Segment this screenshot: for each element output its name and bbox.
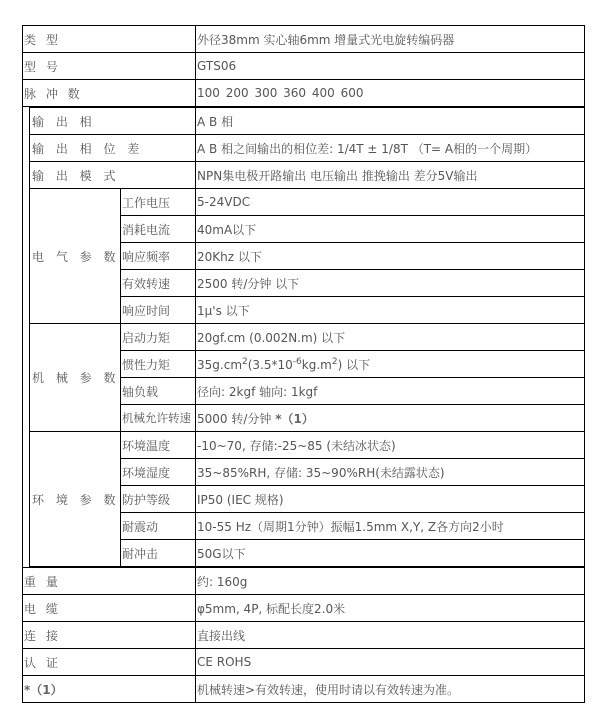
row-value: NPN集电极开路输出 电压输出 推挽输出 差分5V输出 — [196, 162, 585, 189]
row-label: 防护等级 — [121, 486, 196, 513]
row-value: 20gf.cm (0.002N.m) 以下 — [196, 324, 585, 351]
value-part: 35g.cm — [197, 358, 242, 372]
row-value: 20Khz 以下 — [196, 243, 585, 270]
table-row-cable: 电 缆 φ5mm, 4P, 标配长度2.0米 — [23, 595, 585, 622]
table-row-weight: 重 量 约: 160g — [23, 568, 585, 595]
row-value: -10~70, 存储:-25~85 (未结冰状态) — [196, 432, 585, 459]
row-value: CE ROHS — [196, 649, 585, 676]
row-value: 外径38mm 实心轴6mm 增量式光电旋转编码器 — [196, 26, 585, 53]
footnote-text: 机械转速>有效转速，使用时请以有效转速为准。 — [196, 676, 585, 703]
row-label: 消耗电流 — [121, 216, 196, 243]
value-part: ) 以下 — [338, 358, 371, 372]
row-label: 认 证 — [23, 649, 196, 676]
superscript: -6 — [293, 357, 302, 367]
row-value: 40mA以下 — [196, 216, 585, 243]
table-row-output-phase: 输 出 相 A B 相 — [30, 108, 585, 135]
row-value: A B 相之间输出的相位差: 1/4T ± 1/8T （T= A相的一个周期） — [196, 135, 585, 162]
row-label: 耐震动 — [121, 513, 196, 540]
row-label: 响应时间 — [121, 297, 196, 324]
row-value: 约: 160g — [196, 568, 585, 595]
row-label: 连 接 — [23, 622, 196, 649]
table-row-connection: 连 接 直接出线 — [23, 622, 585, 649]
row-label: 脉 冲 数 — [23, 80, 196, 107]
spec-table: 类 型 外径38mm 实心轴6mm 增量式光电旋转编码器 型 号 GTS06 脉… — [22, 25, 585, 703]
row-label: 启动力矩 — [121, 324, 196, 351]
row-label: 类 型 — [23, 26, 196, 53]
row-label: 响应频率 — [121, 243, 196, 270]
row-value: 径向: 2kgf 轴向: 1kgf — [196, 378, 585, 405]
table-row-environment: 环 境 参 数 环境温度 -10~70, 存储:-25~85 (未结冰状态) — [30, 432, 585, 459]
row-value: 10-55 Hz（周期1分钟）振幅1.5mm X,Y, Z各方向2小时 — [196, 513, 585, 540]
table-row-model: 型 号 GTS06 — [23, 53, 585, 80]
table-row-type: 类 型 外径38mm 实心轴6mm 增量式光电旋转编码器 — [23, 26, 585, 53]
table-row-electrical: 电 气 参 数 工作电压 5-24VDC — [30, 189, 585, 216]
row-label: 输 出 相 — [30, 108, 196, 135]
row-value: 50G以下 — [196, 540, 585, 567]
row-label: 环境温度 — [121, 432, 196, 459]
row-value: 1μ's 以下 — [196, 297, 585, 324]
table-row-mechanical: 机 械 参 数 启动力矩 20gf.cm (0.002N.m) 以下 — [30, 324, 585, 351]
value-part: kg.m — [302, 358, 332, 372]
row-label: 轴负载 — [121, 378, 196, 405]
row-label: 输 出 相 位 差 — [30, 135, 196, 162]
row-label: 耐冲击 — [121, 540, 196, 567]
group-label-mechanical: 机 械 参 数 — [30, 324, 121, 432]
table-row-footnote: *（1） 机械转速>有效转速，使用时请以有效转速为准。 — [23, 676, 585, 703]
row-label: 有效转速 — [121, 270, 196, 297]
row-label: 重 量 — [23, 568, 196, 595]
row-value: A B 相 — [196, 108, 585, 135]
row-value: IP50 (IEC 规格) — [196, 486, 585, 513]
row-label: 惯性力矩 — [121, 351, 196, 378]
footnote-marker: *（1） — [275, 412, 314, 426]
group-label-environment: 环 境 参 数 — [30, 432, 121, 567]
row-value: φ5mm, 4P, 标配长度2.0米 — [196, 595, 585, 622]
row-label: 电 缆 — [23, 595, 196, 622]
row-label: 型 号 — [23, 53, 196, 80]
table-row-phase-diff: 输 出 相 位 差 A B 相之间输出的相位差: 1/4T ± 1/8T （T=… — [30, 135, 585, 162]
group-label-electrical: 电 气 参 数 — [30, 189, 121, 324]
row-label: 环境湿度 — [121, 459, 196, 486]
row-value: GTS06 — [196, 53, 585, 80]
row-value: 35~85%RH, 存储: 35~90%RH(未结露状态) — [196, 459, 585, 486]
value-part: (3.5*10 — [248, 358, 293, 372]
nested-section: 输 出 相 A B 相 输 出 相 位 差 A B 相之间输出的相位差: 1/4… — [23, 107, 585, 568]
row-label: 工作电压 — [121, 189, 196, 216]
nested-spec-table: 输 出 相 A B 相 输 出 相 位 差 A B 相之间输出的相位差: 1/4… — [29, 107, 585, 567]
row-value: 2500 转/分钟 以下 — [196, 270, 585, 297]
value-part: 5000 转/分钟 — [197, 412, 275, 426]
nested-container: 输 出 相 A B 相 输 出 相 位 差 A B 相之间输出的相位差: 1/4… — [23, 107, 585, 568]
row-value: 100 200 300 360 400 600 — [196, 80, 585, 107]
footnote-label: *（1） — [23, 676, 196, 703]
table-row-certification: 认 证 CE ROHS — [23, 649, 585, 676]
row-label: 机械允许转速 — [121, 405, 196, 432]
row-value: 5-24VDC — [196, 189, 585, 216]
table-row-pulses: 脉 冲 数 100 200 300 360 400 600 — [23, 80, 585, 107]
row-value: 直接出线 — [196, 622, 585, 649]
row-label: 输 出 模 式 — [30, 162, 196, 189]
row-value: 5000 转/分钟 *（1） — [196, 405, 585, 432]
row-value: 35g.cm2(3.5*10-6kg.m2) 以下 — [196, 351, 585, 378]
table-row-output-mode: 输 出 模 式 NPN集电极开路输出 电压输出 推挽输出 差分5V输出 — [30, 162, 585, 189]
